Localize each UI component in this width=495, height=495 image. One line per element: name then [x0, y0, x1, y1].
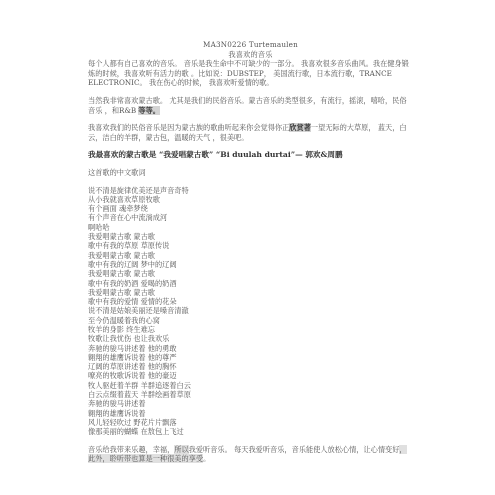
intro-paragraph-2: 当然我非常喜欢蒙古歌。 尤其是我们的民俗音乐。蒙古音乐的类型很多，有流行，摇滚，…: [88, 96, 413, 115]
lyrics-list: 说不清是旋律优美还是声音奇特 从小我就喜欢草原牧歌 有个画面 魂牵梦绕 有个声音…: [88, 186, 413, 437]
document-title: 我喜欢的音乐: [88, 50, 413, 60]
song-heading: 我最喜欢的蒙古歌是 “我爱唱蒙古歌” “Bi duulah durtai”— 郭…: [88, 150, 413, 160]
lyric-line: 白云点缀着蓝天 羊群绘画着草原: [88, 390, 413, 399]
lyric-line: 歌中有我的草原 草原传说: [88, 241, 413, 250]
lyric-line: 至今仍温暖着我的心窝: [88, 316, 413, 325]
lyric-line: 嘹亮的牧歌诉说着 他的豪迈: [88, 371, 413, 380]
paragraph-text: 当然我非常喜欢蒙古歌。 尤其是我们的民俗音乐。蒙古音乐的类型很多，有流行，摇滚，…: [88, 96, 407, 115]
lyric-line: 翱翔的雄鹰诉说着: [88, 409, 413, 418]
highlighted-text: 欣赏著: [289, 123, 311, 132]
lyric-line: 风儿轻轻吹过 野花片片飘落: [88, 418, 413, 427]
lyric-line: 歌中有我的辽阔 梦中的辽阔: [88, 260, 413, 269]
lyrics-heading: 这首歌的中文歌词: [88, 168, 413, 178]
paragraph-text: 我喜欢我们的民俗音乐是因为蒙古族的歌曲听起来你会觉得你正: [88, 123, 289, 132]
lyric-line: 辽阔的草原讲述着 他的胸怀: [88, 362, 413, 371]
lyric-line: 有个画面 魂牵梦绕: [88, 204, 413, 213]
document-code: MA3N0226 Turtemaulen: [88, 40, 413, 50]
lyric-line: 牧人驱赶着羊群 羊群追逐着白云: [88, 381, 413, 390]
lyric-line: 奔驰的骏马讲述着 他的勇敢: [88, 344, 413, 353]
intro-paragraph-3: 我喜欢我们的民俗音乐是因为蒙古族的歌曲听起来你会觉得你正欣赏著一望无际的大草原，…: [88, 123, 413, 142]
highlighted-text: 所以: [174, 445, 188, 454]
lyric-line: 我爱唱蒙古歌 蒙古歌: [88, 288, 413, 297]
lyric-line: 有个声音在心中流淌成河: [88, 213, 413, 222]
lyric-line: 我爱唱蒙古歌 蒙古歌: [88, 232, 413, 241]
lyric-line: 像那美丽的蝴蝶 在敖包上飞过: [88, 427, 413, 436]
paragraph-text: 音乐给我带来乐趣，幸福，: [88, 445, 174, 454]
lyric-line: 说不清是姑娘美丽还是嗓音清澈: [88, 306, 413, 315]
lyric-line: 我爱唱蒙古歌 蒙古歌: [88, 269, 413, 278]
lyric-line: 从小我就喜欢草原牧歌: [88, 195, 413, 204]
intro-paragraph-1: 每个人都有自己喜欢的音乐。 音乐是我生命中不可缺少的一部分。 我喜欢很多音乐曲风…: [88, 59, 413, 88]
lyric-line: 牧羊的身影 终生难忘: [88, 325, 413, 334]
lyric-line: 说不清是旋律优美还是声音奇特: [88, 186, 413, 195]
paragraph-text: 。: [203, 454, 210, 463]
lyric-line: 歌中有我的奶酒 爱喝的奶酒: [88, 279, 413, 288]
lyric-line: 啊哈哈: [88, 223, 413, 232]
closing-paragraph: 音乐给我带来乐趣，幸福，所以我爱听音乐。 每天我爱听音乐，音乐能使人放松心情，让…: [88, 445, 413, 464]
lyric-line: 我爱唱蒙古歌 蒙古歌: [88, 251, 413, 260]
highlighted-text: 等等。: [138, 106, 160, 115]
lyric-line: 牧歌让我忧伤 也让我欢乐: [88, 334, 413, 343]
paragraph-text: 我爱听音乐。 每天我爱听音乐，音乐能使人放松心情，让心情变好: [189, 445, 400, 454]
lyric-line: 奔驰的骏马讲述着: [88, 399, 413, 408]
document-page: MA3N0226 Turtemaulen 我喜欢的音乐 每个人都有自己喜欢的音乐…: [88, 40, 413, 464]
lyric-line: 歌中有我的爱情 爱情的花朵: [88, 297, 413, 306]
lyric-line: 翱翔的雄鹰诉说着 他的尊严: [88, 353, 413, 362]
